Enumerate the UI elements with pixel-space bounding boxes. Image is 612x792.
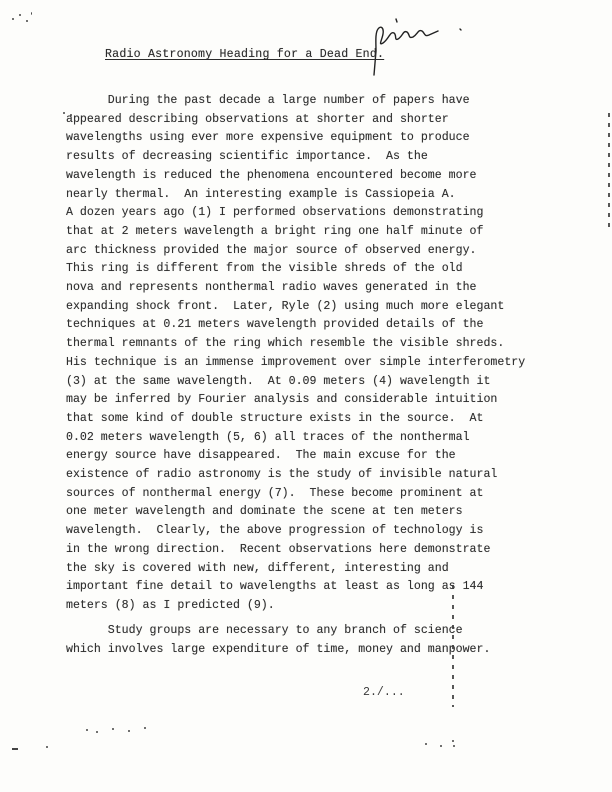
scan-speck: [452, 740, 454, 742]
scan-dashed-line-right-edge: [608, 113, 610, 233]
scan-dashed-line-lower: [452, 585, 454, 707]
paragraph-1: During the past decade a large number of…: [66, 92, 525, 616]
page-continuation-marker: 2./...: [363, 686, 405, 699]
scan-speck: [128, 730, 130, 732]
scan-speck: [19, 14, 21, 16]
scan-speck: [46, 746, 48, 748]
scan-speck: [144, 727, 146, 729]
scan-speck: [425, 743, 427, 745]
manuscript-page: Radio Astronomy Heading for a Dead End. …: [0, 0, 612, 792]
scan-speck: [63, 112, 65, 114]
scan-speck: [96, 731, 98, 733]
scan-speck: [31, 12, 32, 15]
scan-speck: [112, 728, 114, 730]
scan-speck: [70, 114, 72, 116]
scan-speck: [26, 20, 28, 22]
scan-speck: [86, 729, 88, 731]
handwritten-initials-icon: [330, 5, 490, 85]
scan-speck: [12, 748, 18, 750]
scan-speck: [440, 745, 442, 747]
paragraph-2: Study groups are necessary to any branch…: [66, 622, 490, 659]
document-title: Radio Astronomy Heading for a Dead End.: [105, 48, 384, 61]
scan-speck: [453, 745, 455, 747]
scan-speck: [12, 18, 14, 20]
